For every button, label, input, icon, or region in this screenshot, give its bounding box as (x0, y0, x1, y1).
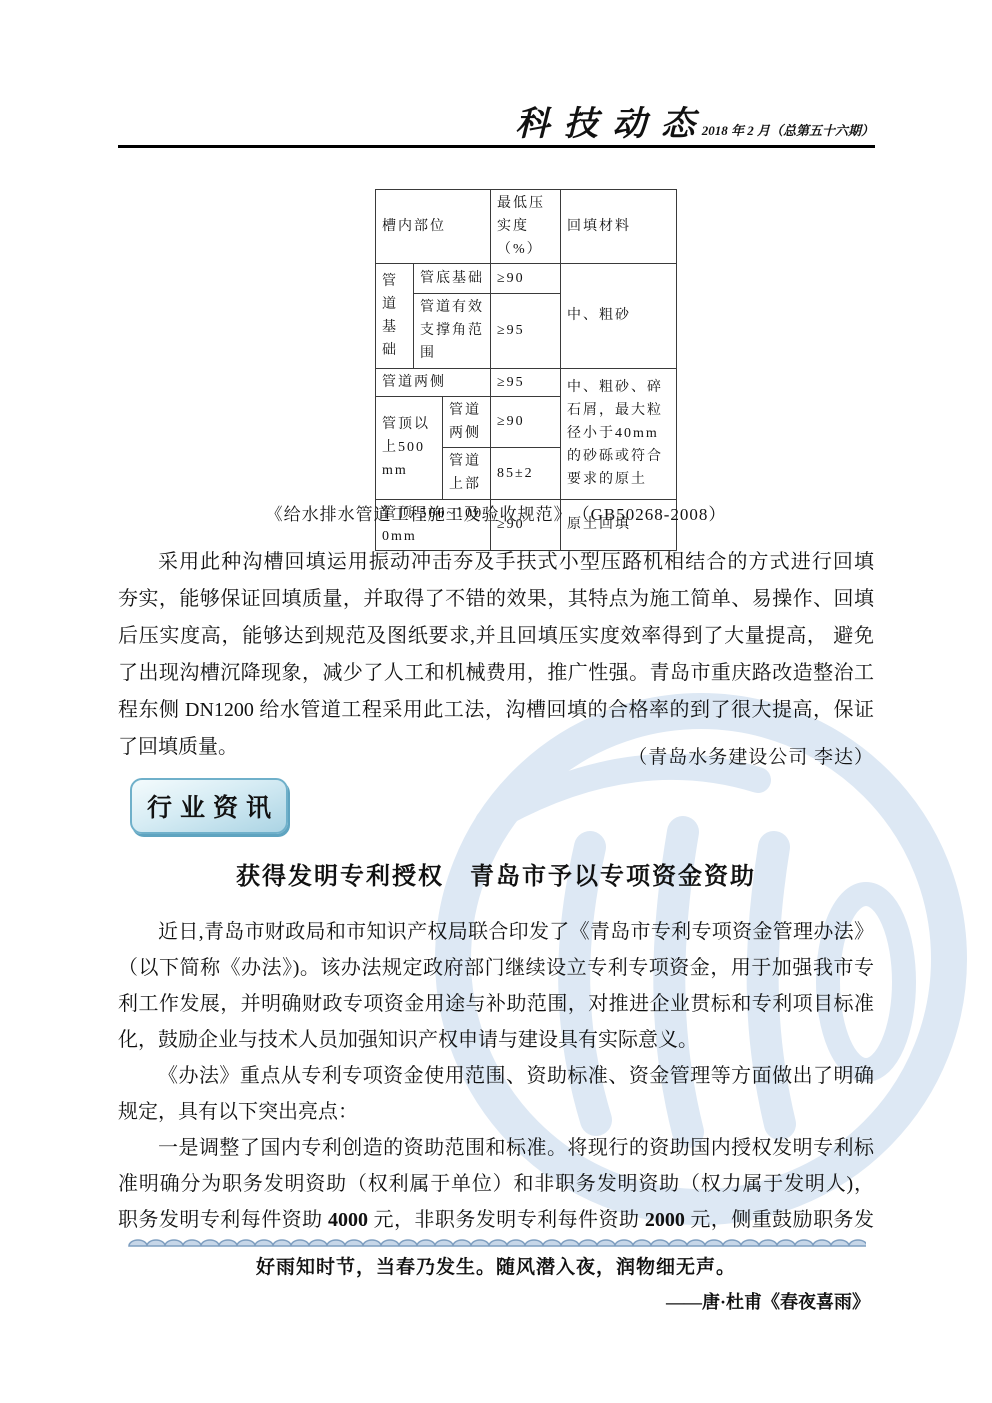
table-cell: 85±2 (491, 447, 561, 499)
page: 科 技 动 态2018 年 2 月（总第五十六期） 槽内部位最低压实度（%）回填… (0, 0, 992, 1403)
text-line: 化，鼓励企业与技术人员加强知识产权申请与建设具有实际意义。 (118, 1022, 874, 1058)
page-header: 科 技 动 态2018 年 2 月（总第五十六期） (118, 96, 874, 145)
article2-paragraph-1: 近日,青岛市财政局和市知识产权局联合印发了《青岛市专利专项资金管理办法》（以下简… (118, 914, 874, 1058)
text-line: 规定，具有以下突出亮点： (118, 1094, 874, 1130)
table-cell: 管道两侧 (443, 396, 491, 447)
wave-divider (126, 1236, 866, 1250)
section-badge-label: 行业资讯 (139, 788, 279, 824)
table-cell: 管顶以上500mm (376, 396, 443, 499)
table-cell: ≥90 (491, 264, 561, 294)
table-cell: 管道基础 (376, 264, 414, 368)
section-badge-industry-news: 行业资讯 (130, 778, 288, 834)
table-cell: ≥95 (491, 368, 561, 396)
text-line: （以下简称《办法》)。该办法规定政府部门继续设立专利专项资金，用于加强我市专 (118, 950, 874, 986)
text-line: 近日,青岛市财政局和市知识产权局联合印发了《青岛市专利专项资金管理办法》 (118, 914, 874, 950)
compaction-table: 槽内部位最低压实度（%）回填材料管道基础管底基础≥90中、粗砂管道有效支撑角范围… (375, 189, 677, 551)
table-cell: 管道两侧 (376, 368, 491, 396)
table-caption: 《给水排水管道工程施工及验收规范》 （GB50268-2008） (118, 500, 874, 525)
journal-title: 科 技 动 态 (515, 106, 698, 143)
text-line: 职务发明专利每件资助 4000 元，非职务发明专利每件资助 2000 元，侧重鼓… (118, 1202, 874, 1238)
header-rule (118, 145, 875, 148)
article2-paragraph-2: 《办法》重点从专利专项资金使用范围、资助标准、资金管理等方面做出了明确规定，具有… (118, 1058, 874, 1130)
article2-paragraph-3: 一是调整了国内专利创造的资助范围和标准。将现行的资助国内授权发明专利标准明确分为… (118, 1130, 874, 1238)
table-cell: 管底基础 (414, 264, 491, 294)
text-line: 了出现沟槽沉降现象，减少了人工和机械费用，推广性强。青岛市重庆路改造整治工 (118, 655, 874, 692)
issue-info: 2018 年 2 月（总第五十六期） (702, 123, 874, 138)
table-cell: 管道上部 (443, 447, 491, 499)
table-cell: 中、粗砂、碎石屑，最大粒径小于40mm的砂砾或符合要求的原土 (561, 368, 677, 499)
text-line: 夯实，能够保证回填质量，并取得了不错的效果，其特点为施工简单、易操作、回填 (118, 581, 874, 618)
article1-paragraph: 采用此种沟槽回填运用振动冲击夯及手扶式小型压路机相结合的方式进行回填夯实，能够保… (118, 544, 874, 766)
table-cell: ≥95 (491, 294, 561, 368)
text-line: 《办法》重点从专利专项资金使用范围、资助标准、资金管理等方面做出了明确 (118, 1058, 874, 1094)
table-cell: 槽内部位 (376, 190, 491, 264)
article1-byline: （青岛水务建设公司 李达） (118, 742, 874, 769)
article2-title: 获得发明专利授权 青岛市予以专项资金资助 (118, 856, 874, 891)
text-line: 准明确分为职务发明资助（权利属于单位）和非职务发明资助（权力属于发明人)， (118, 1166, 874, 1202)
table-cell: 中、粗砂 (561, 264, 677, 368)
text-line: 后压实度高，能够达到规范及图纸要求,并且回填压实度效率得到了大量提高， 避免 (118, 618, 874, 655)
table-cell: 最低压实度（%） (491, 190, 561, 264)
table-cell: 回填材料 (561, 190, 677, 264)
footer-quote-source: ——唐·杜甫《春夜喜雨》 (118, 1288, 870, 1314)
article2-body: 近日,青岛市财政局和市知识产权局联合印发了《青岛市专利专项资金管理办法》（以下简… (118, 914, 874, 1238)
table-cell: 管道有效支撑角范围 (414, 294, 491, 368)
text-line: 程东侧 DN1200 给水管道工程采用此工法，沟槽回填的合格率的到了很大提高，保… (118, 692, 874, 729)
footer-quote: 好雨知时节，当春乃发生。随风潜入夜，润物细无声。 (118, 1252, 874, 1279)
table-cell: ≥90 (491, 396, 561, 447)
text-line: 一是调整了国内专利创造的资助范围和标准。将现行的资助国内授权发明专利标 (118, 1130, 874, 1166)
text-line: 利工作发展，并明确财政专项资金用途与补助范围，对推进企业贯标和专利项目标准 (118, 986, 874, 1022)
text-line: 采用此种沟槽回填运用振动冲击夯及手扶式小型压路机相结合的方式进行回填 (118, 544, 874, 581)
